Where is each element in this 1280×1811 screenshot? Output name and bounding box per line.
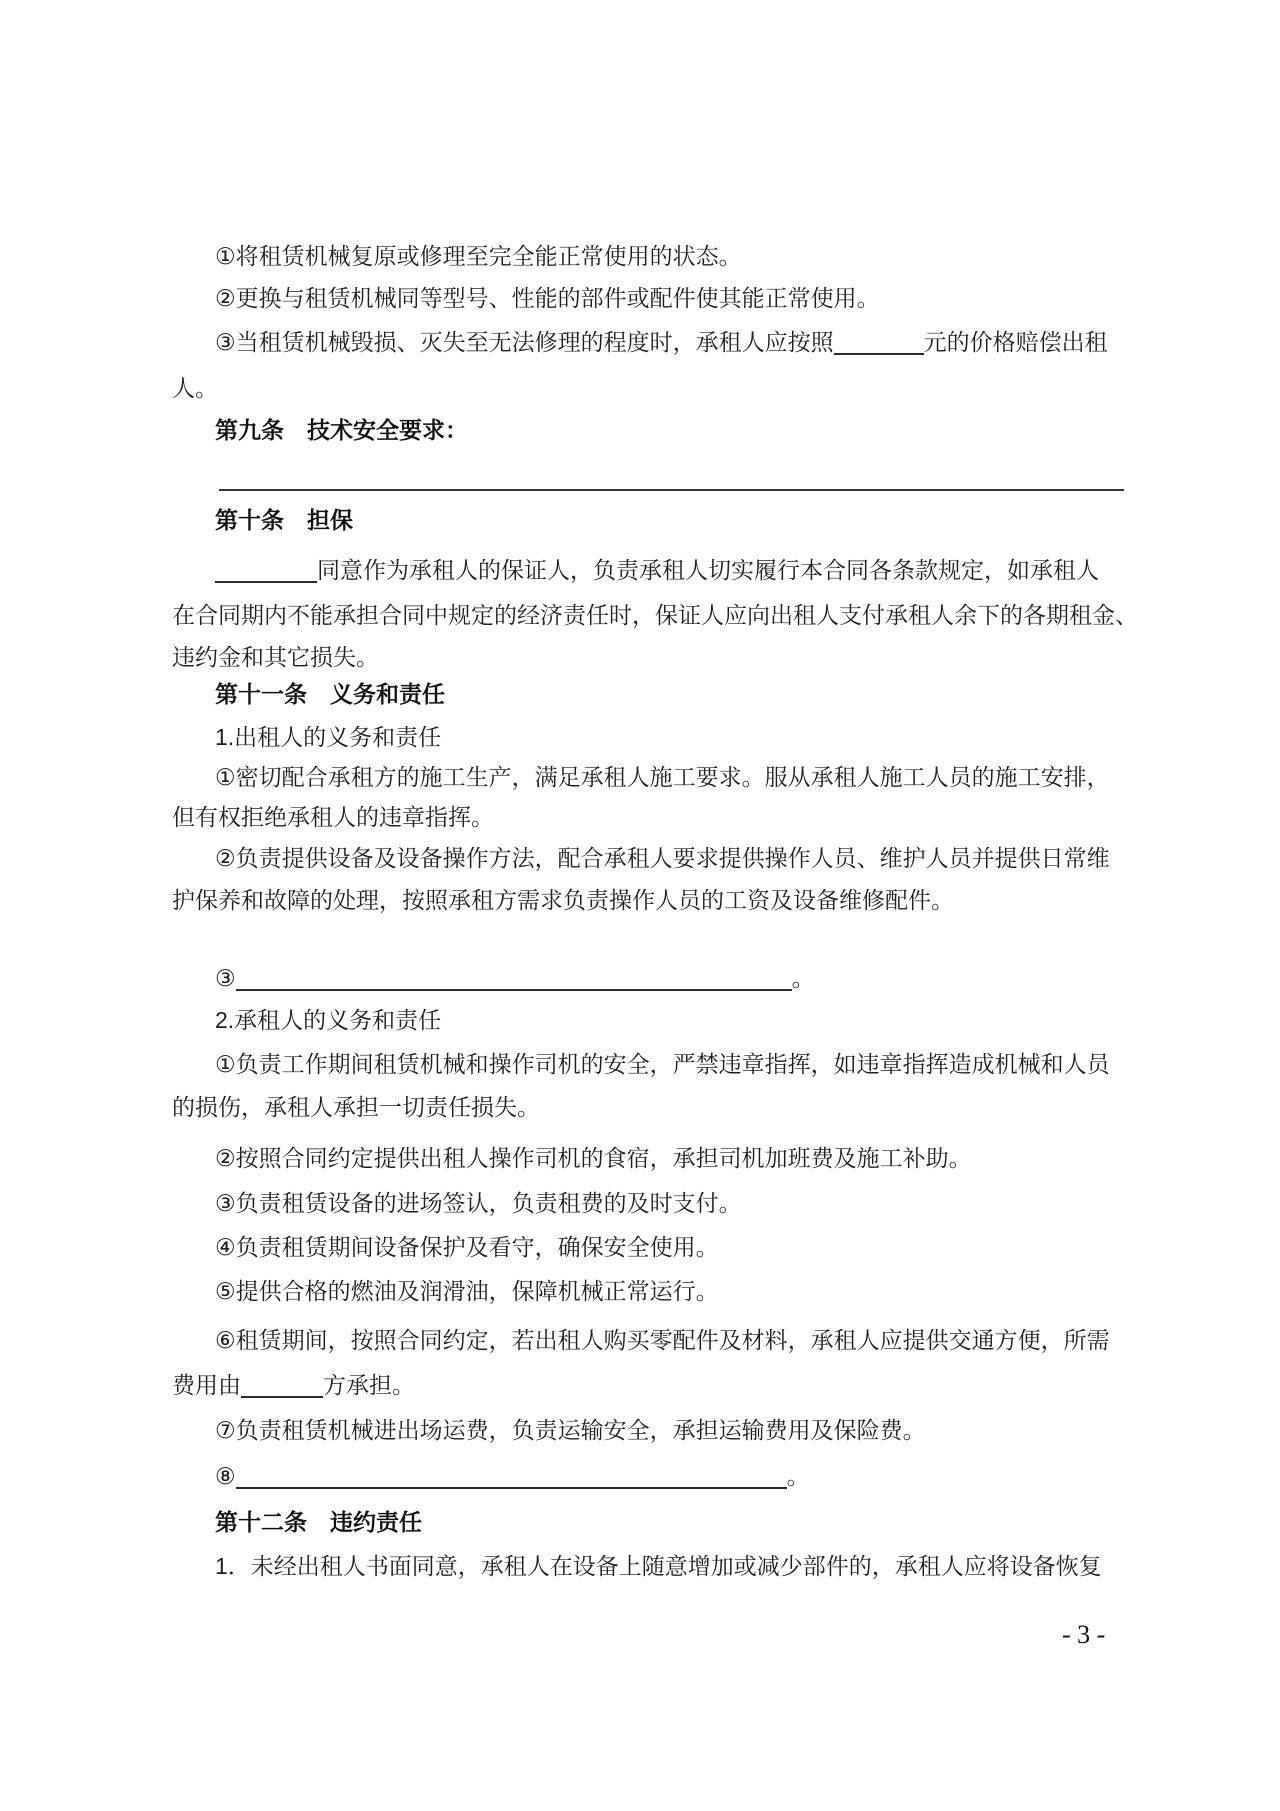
clause12-heading: 第十二条 违约责任 [215, 1506, 422, 1538]
clause11-2-item7: ⑦负责租赁机械进出场运费，负责运输安全，承担运输费用及保险费。 [215, 1414, 926, 1446]
page-number: - 3 - [1062, 1620, 1105, 1650]
clause11-2-item6-line1: ⑥租赁期间，按照合同约定，若出租人购买零配件及材料，承租人应提供交通方便，所需 [215, 1324, 1110, 1356]
clause8-item3-text-post: 元的价格赔偿出租 [924, 329, 1108, 355]
clause11-1-item2-line2: 护保养和故障的处理，按照承租方需求负责操作人员的工资及设备维修配件。 [172, 884, 954, 916]
clause11-2-item6-text-post: 方承担。 [323, 1372, 415, 1398]
clause8-item3: ③当租赁机械毁损、灭失至无法修理的程度时，承租人应按照元的价格赔偿出租 [215, 326, 1108, 358]
clause11-sub1: 1.出租人的义务和责任 [215, 721, 441, 753]
clause11-heading: 第十一条 义务和责任 [215, 678, 445, 710]
clause10-line3: 违约金和其它损失。 [172, 641, 379, 673]
clause11-1-item3-period: 。 [792, 965, 815, 991]
blank-lessee-obligation-8 [236, 1467, 787, 1489]
clause11-2-item8-num: ⑧ [215, 1463, 236, 1489]
blank-fee-bearer [241, 1376, 323, 1398]
clause11-sub2: 2.承租人的义务和责任 [215, 1004, 441, 1036]
contract-page: ①将租赁机械复原或修理至完全能正常使用的状态。 ②更换与租赁机械同等型号、性能的… [0, 0, 1280, 1811]
clause11-2-item4: ④负责租赁期间设备保护及看守，确保安全使用。 [215, 1231, 719, 1263]
clause11-1-item2-line1: ②负责提供设备及设备操作方法，配合承租人要求提供操作人员、维护人员并提供日常维 [215, 842, 1110, 874]
clause8-item2: ②更换与租赁机械同等型号、性能的部件或配件使其能正常使用。 [215, 282, 880, 314]
clause11-2-item1-line1: ①负责工作期间租赁机械和操作司机的安全，严禁违章指挥，如违章指挥造成机械和人员 [215, 1048, 1110, 1080]
clause11-2-item3: ③负责租赁设备的进场签认，负责租费的及时支付。 [215, 1187, 742, 1219]
clause12-item1: 1．未经出租人书面同意，承租人在设备上随意增加或减少部件的，承租人应将设备恢复 [215, 1550, 1102, 1582]
clause11-2-item5: ⑤提供合格的燃油及润滑油，保障机械正常运行。 [215, 1275, 719, 1307]
clause11-2-item6-line2: 费用由方承担。 [172, 1369, 415, 1401]
blank-lessor-obligation-3 [236, 969, 792, 991]
clause11-2-item8-period: 。 [787, 1463, 810, 1489]
clause8-item1: ①将租赁机械复原或修理至完全能正常使用的状态。 [215, 240, 742, 272]
clause10-heading: 第十条 担保 [215, 504, 353, 536]
clause11-2-item2: ②按照合同约定提供出租人操作司机的食宿，承担司机加班费及施工补助。 [215, 1142, 972, 1174]
clause11-1-item1-line2: 但有权拒绝承租人的违章指挥。 [172, 801, 494, 833]
clause10-line1: 同意作为承租人的保证人，负责承租人切实履行本合同各条款规定，如承租人 [215, 554, 1099, 586]
clause8-item3-text-pre: ③当租赁机械毁损、灭失至无法修理的程度时，承租人应按照 [215, 329, 834, 355]
blank-technical-requirements-line [219, 489, 1124, 491]
clause11-2-item1-line2: 的损伤，承租人承担一切责任损失。 [172, 1091, 540, 1123]
blank-guarantor-name [215, 561, 317, 583]
clause10-line2: 在合同期内不能承担合同中规定的经济责任时，保证人应向出租人支付承租人余下的各期租… [172, 599, 1138, 631]
clause8-item3-wrap: 人。 [172, 372, 218, 404]
clause11-2-item8: ⑧。 [215, 1460, 810, 1492]
clause11-1-item1-line1: ①密切配合承租方的施工生产，满足承租人施工要求。服从承租人施工人员的施工安排， [215, 761, 1110, 793]
clause11-1-item3-num: ③ [215, 965, 236, 991]
blank-compensation-amount [834, 333, 924, 355]
clause9-heading: 第九条 技术安全要求： [215, 414, 468, 446]
clause11-1-item3: ③。 [215, 962, 815, 994]
clause11-2-item6-text-pre: 费用由 [172, 1372, 241, 1398]
clause10-line1-text: 同意作为承租人的保证人，负责承租人切实履行本合同各条款规定，如承租人 [317, 557, 1099, 583]
